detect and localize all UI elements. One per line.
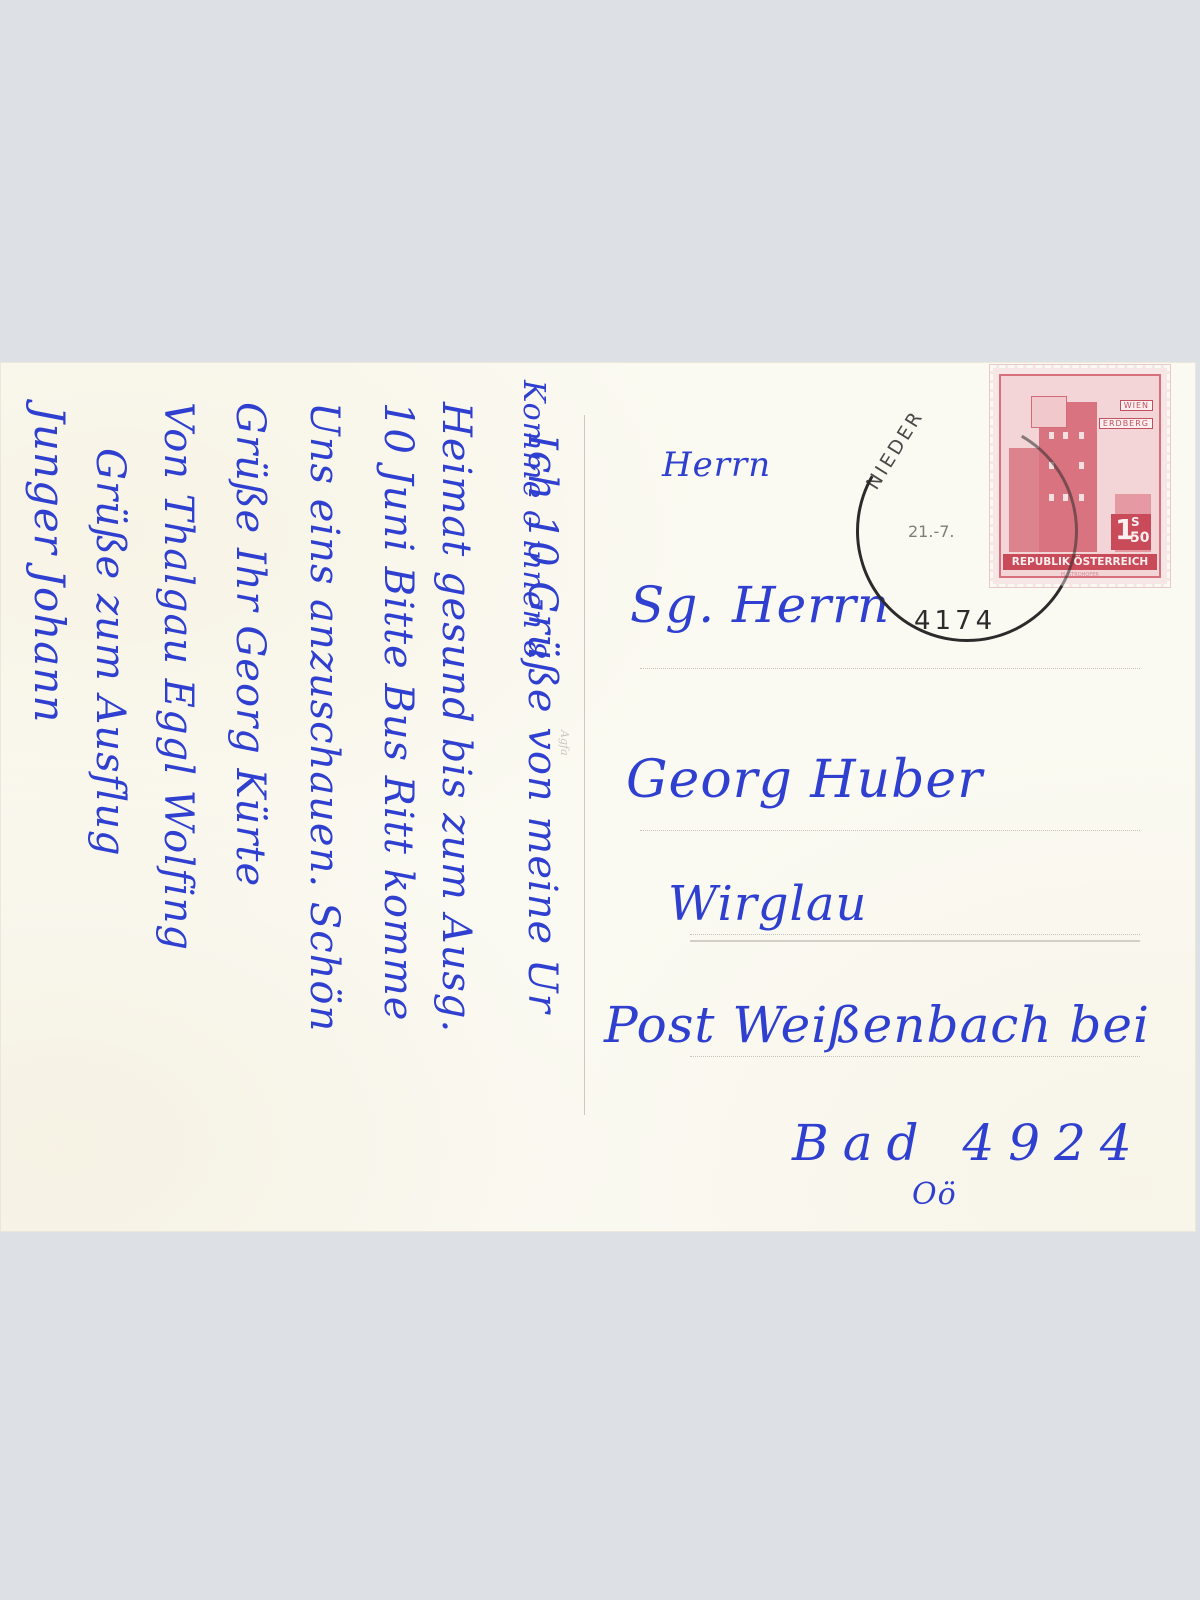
- message-signature: Junger Johann: [28, 406, 70, 723]
- address-locality: Wirglau: [668, 880, 867, 928]
- postage-stamp: WIEN ERDBERG 1 S 50 REPUBLIK ÖSTERREICH …: [990, 365, 1170, 587]
- message-line: Uns eins anzuschauen. Schön: [304, 402, 344, 1032]
- address-rule: [690, 1056, 1140, 1057]
- stamp-engraver: H. STROHOFER: [1001, 572, 1159, 578]
- message-line: Heimat gesund bis zum Ausg.: [436, 402, 476, 1033]
- message-line: Von Thalgau Eggl Wolfing: [158, 402, 198, 951]
- address-salutation-short: Herrn: [662, 448, 771, 482]
- stamp-denomination: 1 S 50: [1111, 514, 1151, 550]
- stamp-label-district: ERDBERG: [1099, 418, 1153, 429]
- address-name: Georg Huber: [626, 754, 983, 806]
- message-line: Ich 10 Grüße von meine Ur: [522, 434, 562, 1014]
- address-rule: [640, 830, 1140, 831]
- postmark-postal-code: 4174: [914, 606, 996, 636]
- address-salutation: Sg. Herrn: [630, 580, 890, 630]
- stamp-tower-top: [1031, 396, 1067, 428]
- address-city-zip: Bad 4924: [792, 1118, 1146, 1168]
- postmark-date: 21.-7.: [908, 522, 954, 541]
- divider-line: [584, 415, 585, 1115]
- publisher-mark: Agfa: [558, 730, 571, 756]
- address-post: Post Weißenbach bei: [604, 1000, 1150, 1050]
- message-line: Grüße Ihr Georg Kürte: [230, 402, 270, 887]
- address-rule: [690, 940, 1140, 942]
- address-region: Oö: [912, 1180, 957, 1210]
- stamp-artwork: WIEN ERDBERG 1 S 50 REPUBLIK ÖSTERREICH …: [999, 374, 1161, 578]
- stamp-label-city: WIEN: [1120, 400, 1153, 411]
- postmark-town: NIEDER: [862, 406, 928, 494]
- address-rule: [690, 934, 1140, 935]
- address-rule: [640, 668, 1140, 669]
- stamp-country: REPUBLIK ÖSTERREICH: [1003, 554, 1157, 570]
- postcard: Komme o innen 8 Ich 10 Grüße von meine U…: [0, 362, 1196, 1232]
- message-line: Grüße zum Ausflug: [90, 448, 130, 857]
- message-line: 10 Juni Bitte Bus Ritt komme: [378, 402, 418, 1021]
